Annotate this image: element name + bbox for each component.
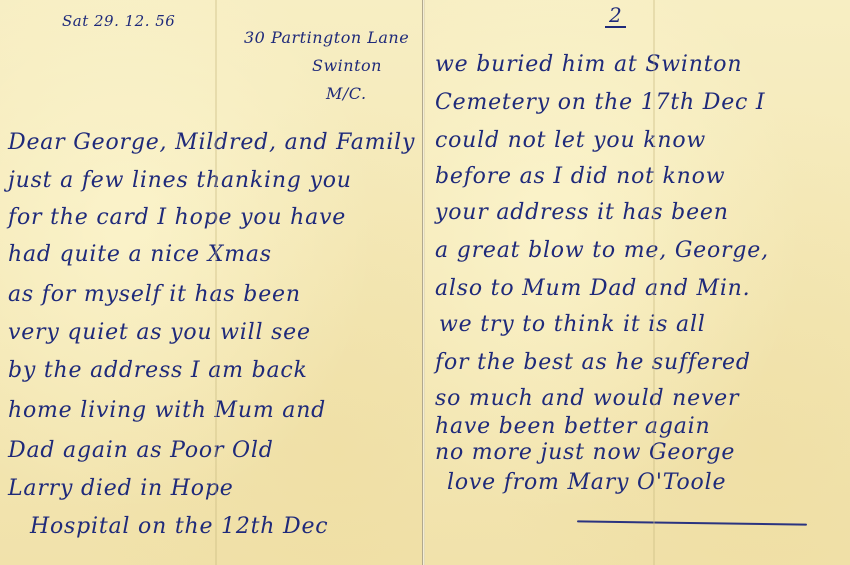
body-line: very quiet as you will see (8, 320, 311, 345)
body-line: Larry died in Hope (8, 476, 234, 501)
salutation-line: Dear George, Mildred, and Family (8, 130, 415, 155)
letter-sheet: Sat 29. 12. 56 30 Partington Lane Swinto… (0, 0, 850, 565)
letter-page-2: 2 we buried him at Swinton Cemetery on t… (425, 0, 850, 565)
body-line: for the card I hope you have (8, 205, 346, 230)
address-street: 30 Partington Lane (244, 28, 409, 47)
signature-underline (577, 520, 807, 525)
body-line: we try to think it is all (439, 312, 706, 337)
body-line: as for myself it has been (8, 282, 301, 307)
body-line: a great blow to me, George, (435, 238, 769, 263)
body-line: also to Mum Dad and Min. (435, 276, 750, 301)
body-line: so much and would never (435, 386, 739, 411)
address-city: M/C. (326, 84, 367, 103)
body-line: had quite a nice Xmas (8, 242, 272, 267)
body-line: just a few lines thanking you (8, 168, 352, 193)
page-number: 2 (605, 4, 626, 28)
body-line: Hospital on the 12th Dec (30, 514, 328, 539)
body-line: by the address I am back (8, 358, 308, 383)
body-line: Dad again as Poor Old (8, 438, 274, 463)
signature-line-text: love from Mary O'Toole (447, 470, 726, 495)
body-line: we buried him at Swinton (435, 52, 742, 77)
body-line: Cemetery on the 17th Dec I (435, 90, 765, 115)
body-line: could not let you know (435, 128, 706, 153)
body-line: before as I did not know (435, 164, 725, 189)
body-line: have been better again (435, 414, 710, 439)
address-town: Swinton (312, 56, 382, 75)
letter-page-1: Sat 29. 12. 56 30 Partington Lane Swinto… (0, 0, 422, 565)
body-line: your address it has been (435, 200, 729, 225)
body-line: for the best as he suffered (435, 350, 751, 375)
body-line: home living with Mum and (8, 398, 326, 423)
body-line: no more just now George (435, 440, 735, 465)
letter-date: Sat 29. 12. 56 (62, 12, 175, 30)
